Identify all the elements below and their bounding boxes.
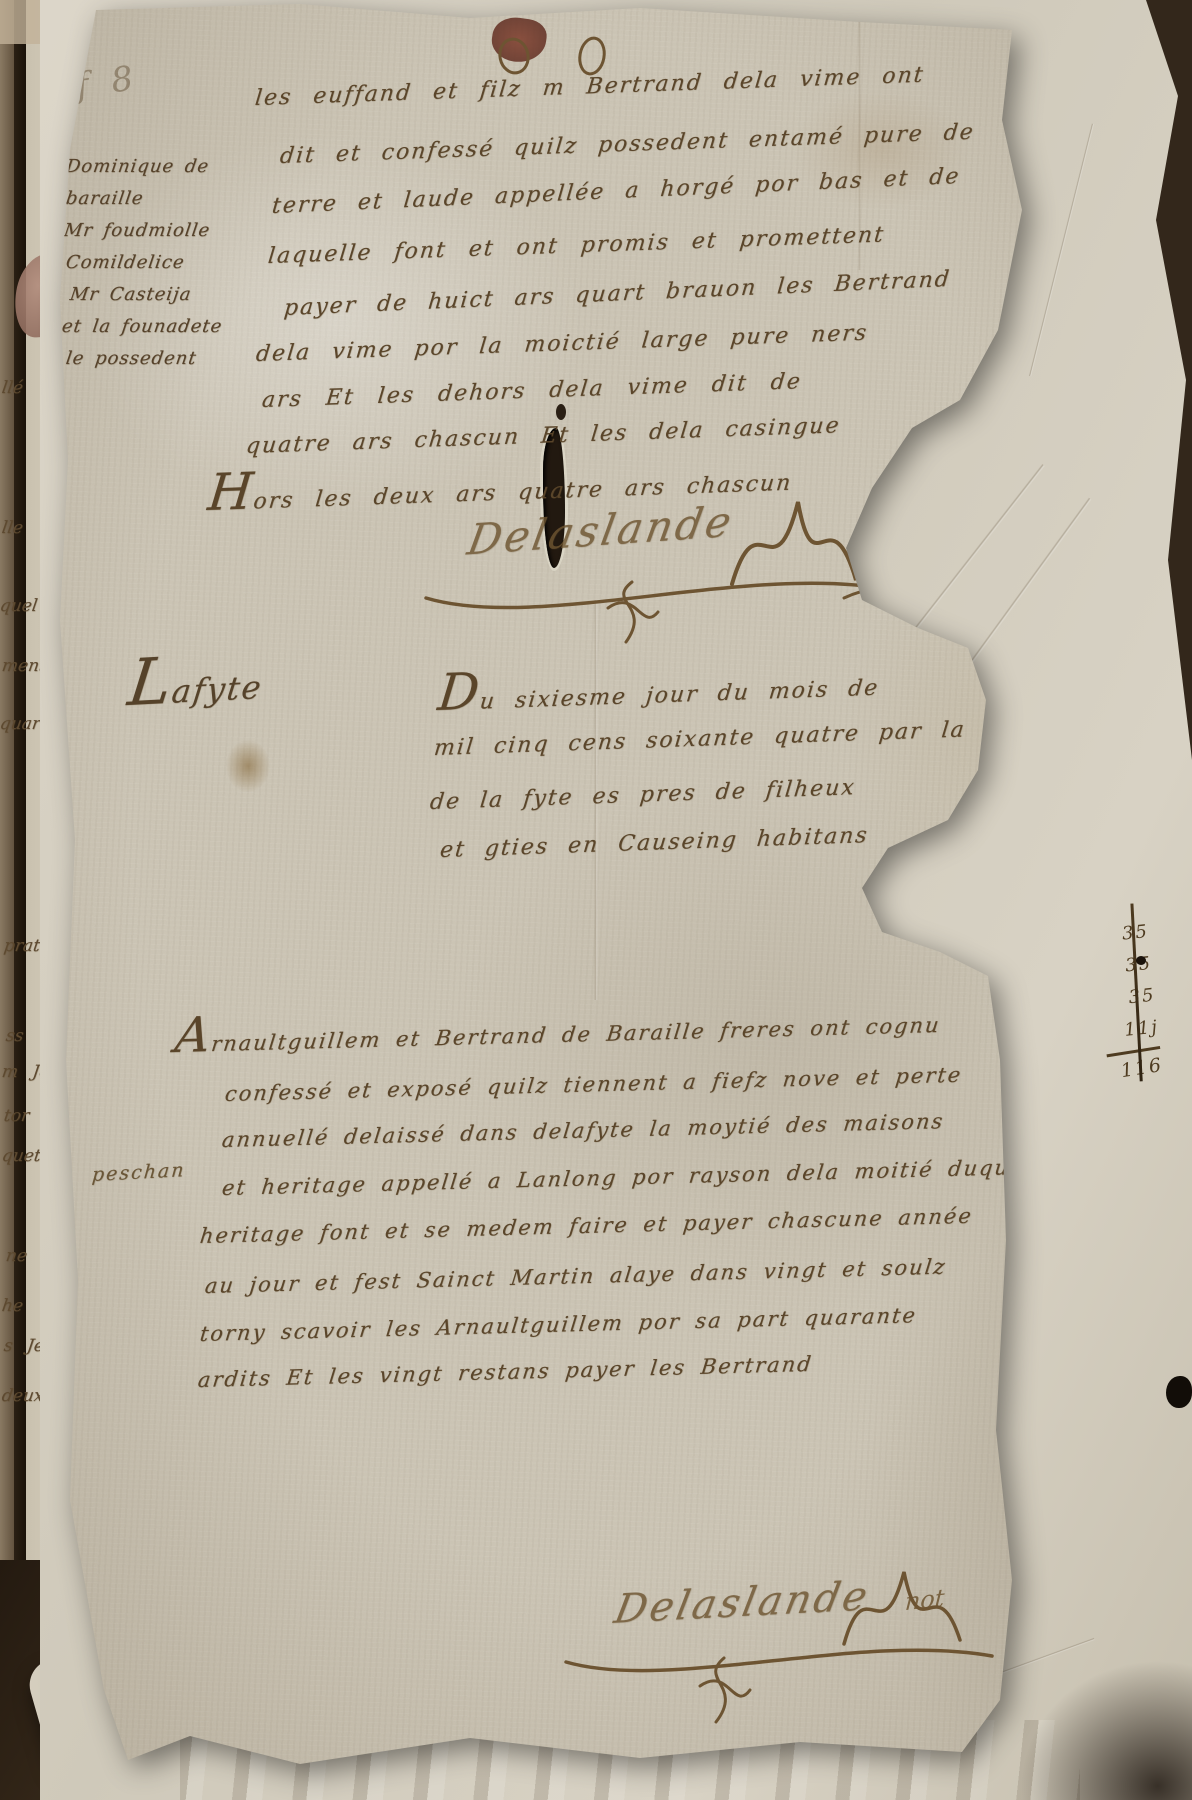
margin-note-line: baraille — [65, 188, 145, 209]
manuscript-photo: lléllequelmentquarantpratssm Jontorquets… — [0, 0, 1192, 1800]
margin-note-line: Comildelice — [65, 252, 187, 273]
ink-dot — [1136, 956, 1146, 965]
paper-hole-small — [556, 404, 566, 420]
section-label: Lafyte — [125, 661, 266, 713]
manuscript-sheet: f 8 Dominique debarailleMr foudmiolleCom… — [0, 0, 1192, 1800]
margin-note-line: Mr foudmiolle — [63, 220, 212, 241]
margin-note-line: le possedent — [65, 348, 199, 369]
margin-note-line: Dominique de — [65, 156, 211, 177]
margin-sum-item: 11j — [1103, 1011, 1160, 1048]
margin-note-line: Mr Casteija — [69, 284, 193, 305]
margin-note-line: et la founadete — [61, 316, 224, 337]
margin-sum-total: 116 — [1107, 1046, 1166, 1089]
ink-stain — [226, 740, 270, 792]
sheet-surface: f 8 Dominique debarailleMr foudmiolleCom… — [0, 0, 1192, 1800]
signature-paraph-2 — [686, 1652, 756, 1730]
signature-underline-2 — [560, 1628, 1000, 1688]
ink-blot-right-edge — [1166, 1376, 1192, 1408]
signature-paraph-1 — [596, 576, 666, 648]
